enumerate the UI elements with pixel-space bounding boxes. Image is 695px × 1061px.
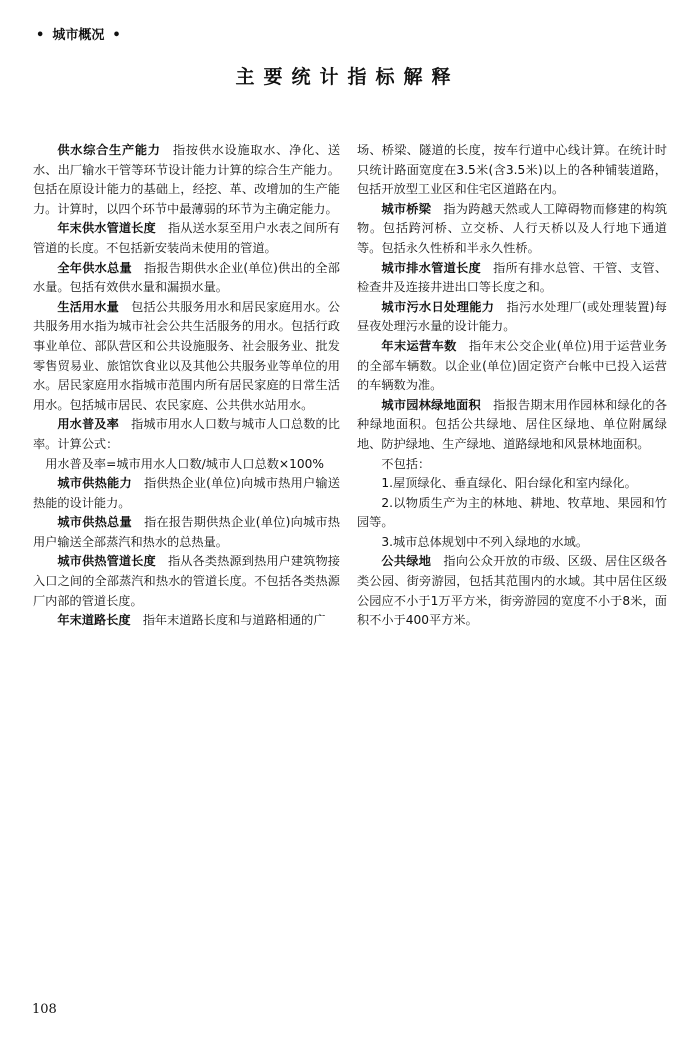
definition-paragraph: 城市污水日处理能力指污水处理厂(或处理装置)每昼夜处理污水量的设计能力。 [357, 298, 667, 337]
definition-term: 城市供热管道长度 [57, 554, 155, 568]
left-column: 供水综合生产能力指按供水设施取水、净化、送水、出厂输水干管等环节设计能力计算的综… [33, 141, 340, 631]
definition-text: 用水普及率=城市用水人口数/城市人口总数×100% [45, 457, 324, 471]
definition-term: 年末道路长度 [57, 613, 130, 627]
section-name: 城市概况 [52, 28, 104, 43]
definition-paragraph: 用水普及率=城市用水人口数/城市人口总数×100% [33, 455, 340, 475]
definition-paragraph: 全年供水总量指报告期供水企业(单位)供出的全部水量。包括有效供水量和漏损水量。 [33, 259, 340, 298]
definition-paragraph: 年末运营车数指年末公交企业(单位)用于运营业务的全部车辆数。以企业(单位)固定资… [357, 337, 667, 396]
definition-term: 供水综合生产能力 [57, 143, 160, 157]
definition-paragraph: 生活用水量包括公共服务用水和居民家庭用水。公共服务用水指为城市社会公共生活服务的… [33, 298, 340, 416]
definition-text: 2.以物质生产为主的林地、耕地、牧草地、果园和竹园等。 [357, 496, 667, 530]
definition-term: 城市桥梁 [381, 202, 431, 216]
definition-term: 城市供热能力 [57, 476, 131, 490]
definition-paragraph: 城市供热总量指在报告期供热企业(单位)向城市热用户输送全部蒸汽和热水的总热量。 [33, 513, 340, 552]
definition-text: 包括公共服务用水和居民家庭用水。公共服务用水指为城市社会公共生活服务的用水。包括… [33, 300, 340, 412]
definition-term: 全年供水总量 [57, 261, 131, 275]
definition-paragraph: 年末道路长度指年末道路长度和与道路相通的广 [33, 611, 340, 631]
definition-term: 年末运营车数 [381, 339, 456, 353]
definition-paragraph: 1.屋顶绿化、垂直绿化、阳台绿化和室内绿化。 [357, 474, 667, 494]
right-column: 场、桥梁、隧道的长度，按车行道中心线计算。在统计时只统计路面宽度在3.5米(含3… [357, 141, 667, 631]
definition-paragraph: 2.以物质生产为主的林地、耕地、牧草地、果园和竹园等。 [357, 494, 667, 533]
bullet-icon: • [36, 28, 44, 43]
definition-paragraph: 公共绿地指向公众开放的市级、区级、居住区级各类公园、街旁游园，包括其范围内的水域… [357, 552, 667, 630]
definition-paragraph: 3.城市总体规划中不列入绿地的水域。 [357, 533, 667, 553]
definition-paragraph: 城市供热管道长度指从各类热源到热用户建筑物接入口之间的全部蒸汽和热水的管道长度。… [33, 552, 340, 611]
definition-paragraph: 城市供热能力指供热企业(单位)向城市热用户输送热能的设计能力。 [33, 474, 340, 513]
definition-text: 3.城市总体规划中不列入绿地的水域。 [381, 535, 588, 549]
definition-paragraph: 供水综合生产能力指按供水设施取水、净化、送水、出厂输水干管等环节设计能力计算的综… [33, 141, 340, 219]
bullet-icon: • [112, 28, 120, 43]
definition-paragraph: 城市排水管道长度指所有排水总管、干管、支管、检查井及连接井进出口等长度之和。 [357, 259, 667, 298]
definition-paragraph: 不包括： [357, 455, 667, 475]
definition-term: 公共绿地 [381, 554, 431, 568]
definition-paragraph: 年末供水管道长度指从送水泵至用户水表之间所有管道的长度。不包括新安装尚未使用的管… [33, 219, 340, 258]
definition-term: 城市污水日处理能力 [381, 300, 494, 314]
definition-text: 场、桥梁、隧道的长度，按车行道中心线计算。在统计时只统计路面宽度在3.5米(含3… [357, 143, 667, 196]
page-title: 主要统计指标解释 [0, 62, 695, 89]
definition-text: 不包括： [381, 457, 430, 471]
definition-term: 用水普及率 [57, 417, 118, 431]
running-header: •城市概况• [28, 24, 129, 43]
definition-paragraph: 城市园林绿地面积指报告期末用作园林和绿化的各种绿地面积。包括公共绿地、居住区绿地… [357, 396, 667, 455]
definition-term: 城市园林绿地面积 [381, 398, 481, 412]
definition-text: 指年末道路长度和与道路相通的广 [143, 613, 326, 627]
definition-term: 生活用水量 [57, 300, 118, 314]
definition-paragraph: 用水普及率指城市用水人口数与城市人口总数的比率。计算公式： [33, 415, 340, 454]
definition-paragraph: 场、桥梁、隧道的长度，按车行道中心线计算。在统计时只统计路面宽度在3.5米(含3… [357, 141, 667, 200]
page-number: 108 [32, 1002, 57, 1017]
definition-term: 城市供热总量 [57, 515, 131, 529]
definition-text: 1.屋顶绿化、垂直绿化、阳台绿化和室内绿化。 [381, 476, 636, 490]
definition-term: 城市排水管道长度 [381, 261, 481, 275]
definition-term: 年末供水管道长度 [57, 221, 155, 235]
definition-paragraph: 城市桥梁指为跨越天然或人工障碍物而修建的构筑物。包括跨河桥、立交桥、人行天桥以及… [357, 200, 667, 259]
